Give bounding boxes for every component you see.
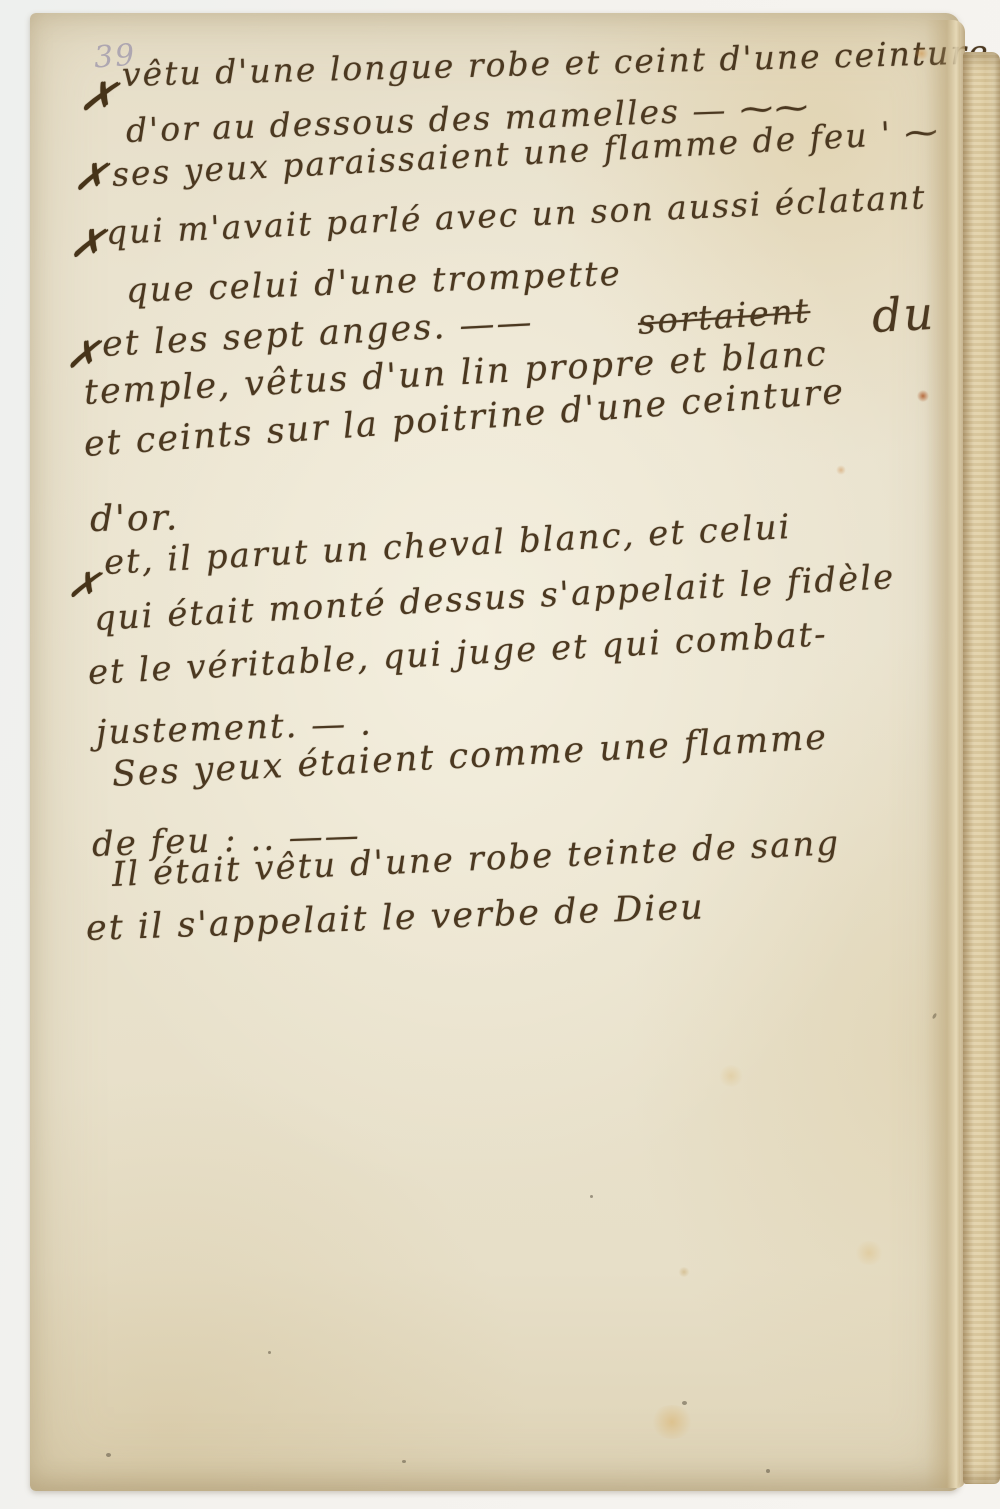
manuscript-line: que celui d'une trompette bbox=[125, 254, 622, 311]
manuscript-line: qui m'avait parlé avec un son aussi écla… bbox=[105, 177, 927, 252]
paper-stain bbox=[854, 1241, 884, 1265]
margin-cross-mark: ✗ bbox=[67, 217, 107, 269]
paper-stain bbox=[718, 1065, 744, 1087]
paper-stain bbox=[678, 1267, 690, 1277]
manuscript-line: d'or. bbox=[90, 497, 180, 540]
paper-speck bbox=[590, 1195, 593, 1198]
margin-cross-mark: ✗ bbox=[76, 69, 120, 125]
margin-cross-mark: ✗ bbox=[72, 153, 109, 202]
paper-stain bbox=[650, 1405, 694, 1439]
paper-speck bbox=[402, 1460, 406, 1463]
paper-speck bbox=[766, 1469, 770, 1473]
photograph-backdrop: { "document": { "kind": "handwritten man… bbox=[0, 0, 1000, 1509]
manuscript-line: vêtu d'une longue robe et ceint d'une ce… bbox=[121, 32, 990, 94]
paper-speck bbox=[268, 1351, 271, 1354]
paper-stain bbox=[836, 465, 846, 475]
manuscript-line: et il s'appelait le verbe de Dieu bbox=[85, 887, 705, 949]
manuscript-page: 39 ✗ ✗ ✗ ✗ ✗ vêtu d'une longue robe et c… bbox=[30, 13, 960, 1491]
manuscript-line-struck-word: sortaient bbox=[637, 291, 812, 343]
paper-speck bbox=[106, 1453, 111, 1457]
paper-speck bbox=[682, 1401, 687, 1405]
book-page-edges bbox=[963, 52, 1000, 1484]
page-fold-edge bbox=[925, 20, 965, 1488]
